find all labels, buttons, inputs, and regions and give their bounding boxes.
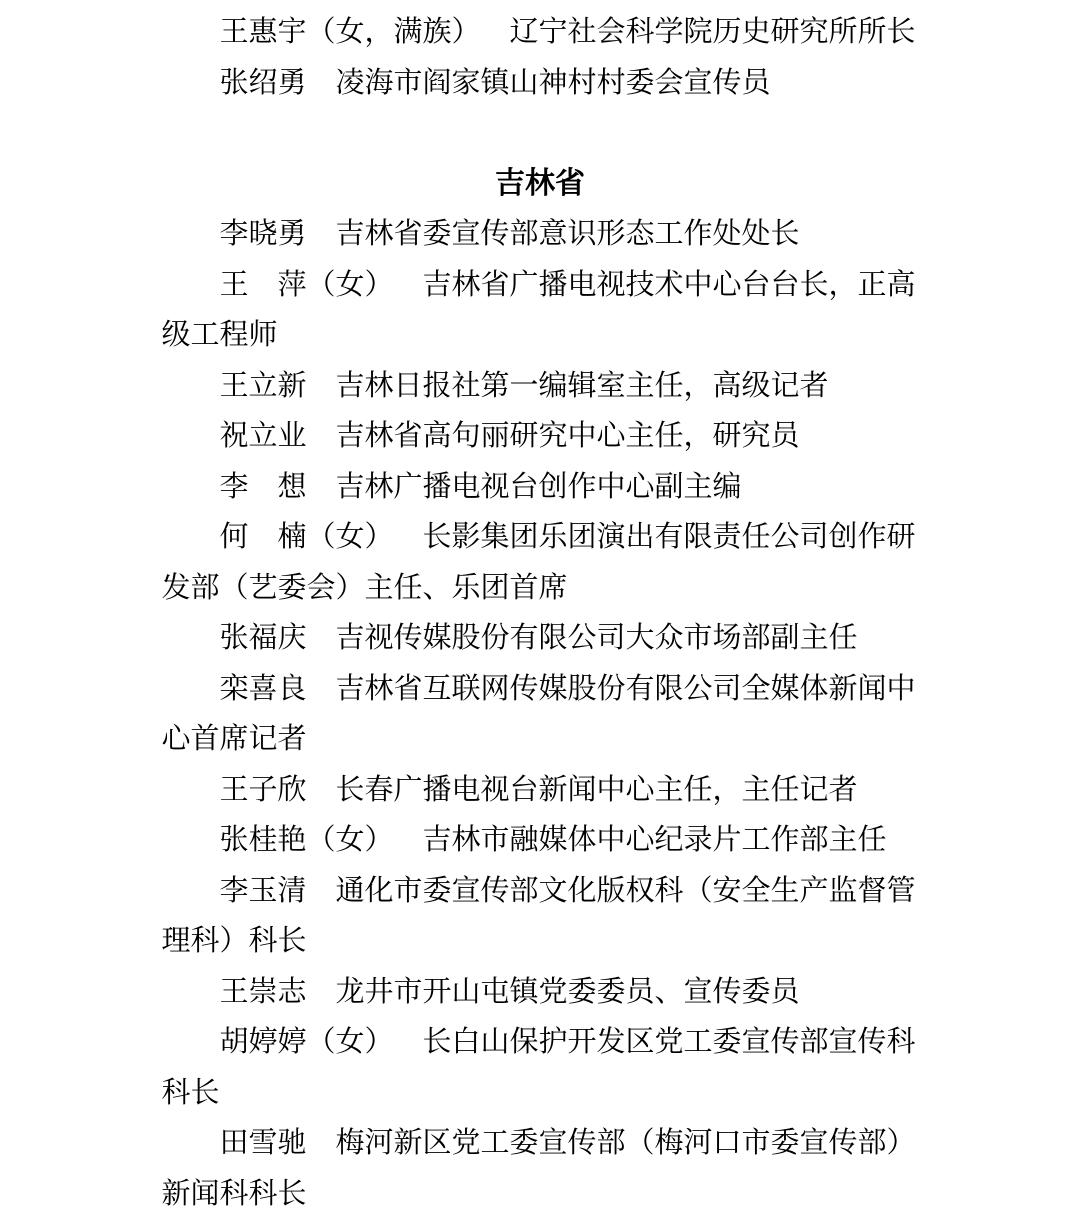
- recipient-entry: 张绍勇凌海市阎家镇山神村村委会宣传员: [162, 58, 919, 109]
- recipient-entry: 祝立业吉林省高句丽研究中心主任，研究员: [162, 411, 919, 462]
- recipient-name: 田雪驰: [220, 1127, 307, 1159]
- recipient-entry: 张福庆吉视传媒股份有限公司大众市场部副主任: [162, 613, 919, 664]
- recipient-title: 吉林省委宣传部意识形态工作处处长: [336, 218, 800, 250]
- recipient-note: （女）: [307, 269, 394, 301]
- recipient-name: 张桂艳: [220, 824, 307, 856]
- recipient-title: 龙井市开山屯镇党委委员、宣传委员: [336, 976, 800, 1008]
- recipient-title: 吉林市融媒体中心纪录片工作部主任: [423, 824, 887, 856]
- recipient-title: 凌海市阎家镇山神村村委会宣传员: [336, 67, 771, 99]
- recipient-name: 张绍勇: [220, 67, 307, 99]
- recipient-name: 王立新: [220, 370, 307, 402]
- recipient-entry: 王惠宇（女，满族）辽宁社会科学院历史研究所所长: [162, 7, 919, 58]
- province-section-heading: 吉林省: [162, 159, 919, 210]
- recipient-entry: 田雪驰梅河新区党工委宣传部（梅河口市委宣传部）新闻科科长: [162, 1118, 919, 1219]
- recipient-note: （女，满族）: [307, 16, 481, 48]
- recipient-note: （女）: [307, 824, 394, 856]
- recipient-title: 吉林广播电视台创作中心副主编: [336, 471, 742, 503]
- recipient-name: 何 楠: [220, 521, 307, 553]
- recipient-title: 辽宁社会科学院历史研究所所长: [510, 16, 916, 48]
- recipient-entry: 王崇志龙井市开山屯镇党委委员、宣传委员: [162, 967, 919, 1018]
- recipient-entry: 王立新吉林日报社第一编辑室主任，高级记者: [162, 361, 919, 412]
- recipient-entry: 胡婷婷（女）长白山保护开发区党工委宣传部宣传科科长: [162, 1017, 919, 1118]
- recipient-entry: 张桂艳（女）吉林市融媒体中心纪录片工作部主任: [162, 815, 919, 866]
- recipient-entry: 李 想吉林广播电视台创作中心副主编: [162, 462, 919, 513]
- recipient-title: 吉林日报社第一编辑室主任，高级记者: [336, 370, 829, 402]
- recipient-name: 王崇志: [220, 976, 307, 1008]
- recipient-title: 吉林省高句丽研究中心主任，研究员: [336, 420, 800, 452]
- recipient-title: 吉视传媒股份有限公司大众市场部副主任: [336, 622, 858, 654]
- recipient-name: 李 想: [220, 471, 307, 503]
- recipient-name: 王惠宇: [220, 16, 307, 48]
- recipient-note: （女）: [307, 521, 394, 553]
- recipient-name: 栾喜良: [220, 673, 307, 705]
- recipient-name: 祝立业: [220, 420, 307, 452]
- document-page: 王惠宇（女，满族）辽宁社会科学院历史研究所所长 张绍勇凌海市阎家镇山神村村委会宣…: [162, 0, 919, 1219]
- recipient-entry: 王 萍（女）吉林省广播电视技术中心台台长，正高级工程师: [162, 260, 919, 361]
- recipient-name: 胡婷婷: [220, 1026, 307, 1058]
- recipient-name: 李晓勇: [220, 218, 307, 250]
- recipient-entry: 何 楠（女）长影集团乐团演出有限责任公司创作研发部（艺委会）主任、乐团首席: [162, 512, 919, 613]
- recipient-note: （女）: [307, 1026, 394, 1058]
- recipient-entry: 栾喜良吉林省互联网传媒股份有限公司全媒体新闻中心首席记者: [162, 664, 919, 765]
- recipient-name: 王子欣: [220, 774, 307, 806]
- recipient-title: 长春广播电视台新闻中心主任，主任记者: [336, 774, 858, 806]
- recipient-name: 李玉清: [220, 875, 307, 907]
- recipient-name: 王 萍: [220, 269, 307, 301]
- recipient-entry: 李玉清通化市委宣传部文化版权科（安全生产监督管理科）科长: [162, 866, 919, 967]
- recipient-name: 张福庆: [220, 622, 307, 654]
- recipient-entry: 李晓勇吉林省委宣传部意识形态工作处处长: [162, 209, 919, 260]
- recipient-entry: 王子欣长春广播电视台新闻中心主任，主任记者: [162, 765, 919, 816]
